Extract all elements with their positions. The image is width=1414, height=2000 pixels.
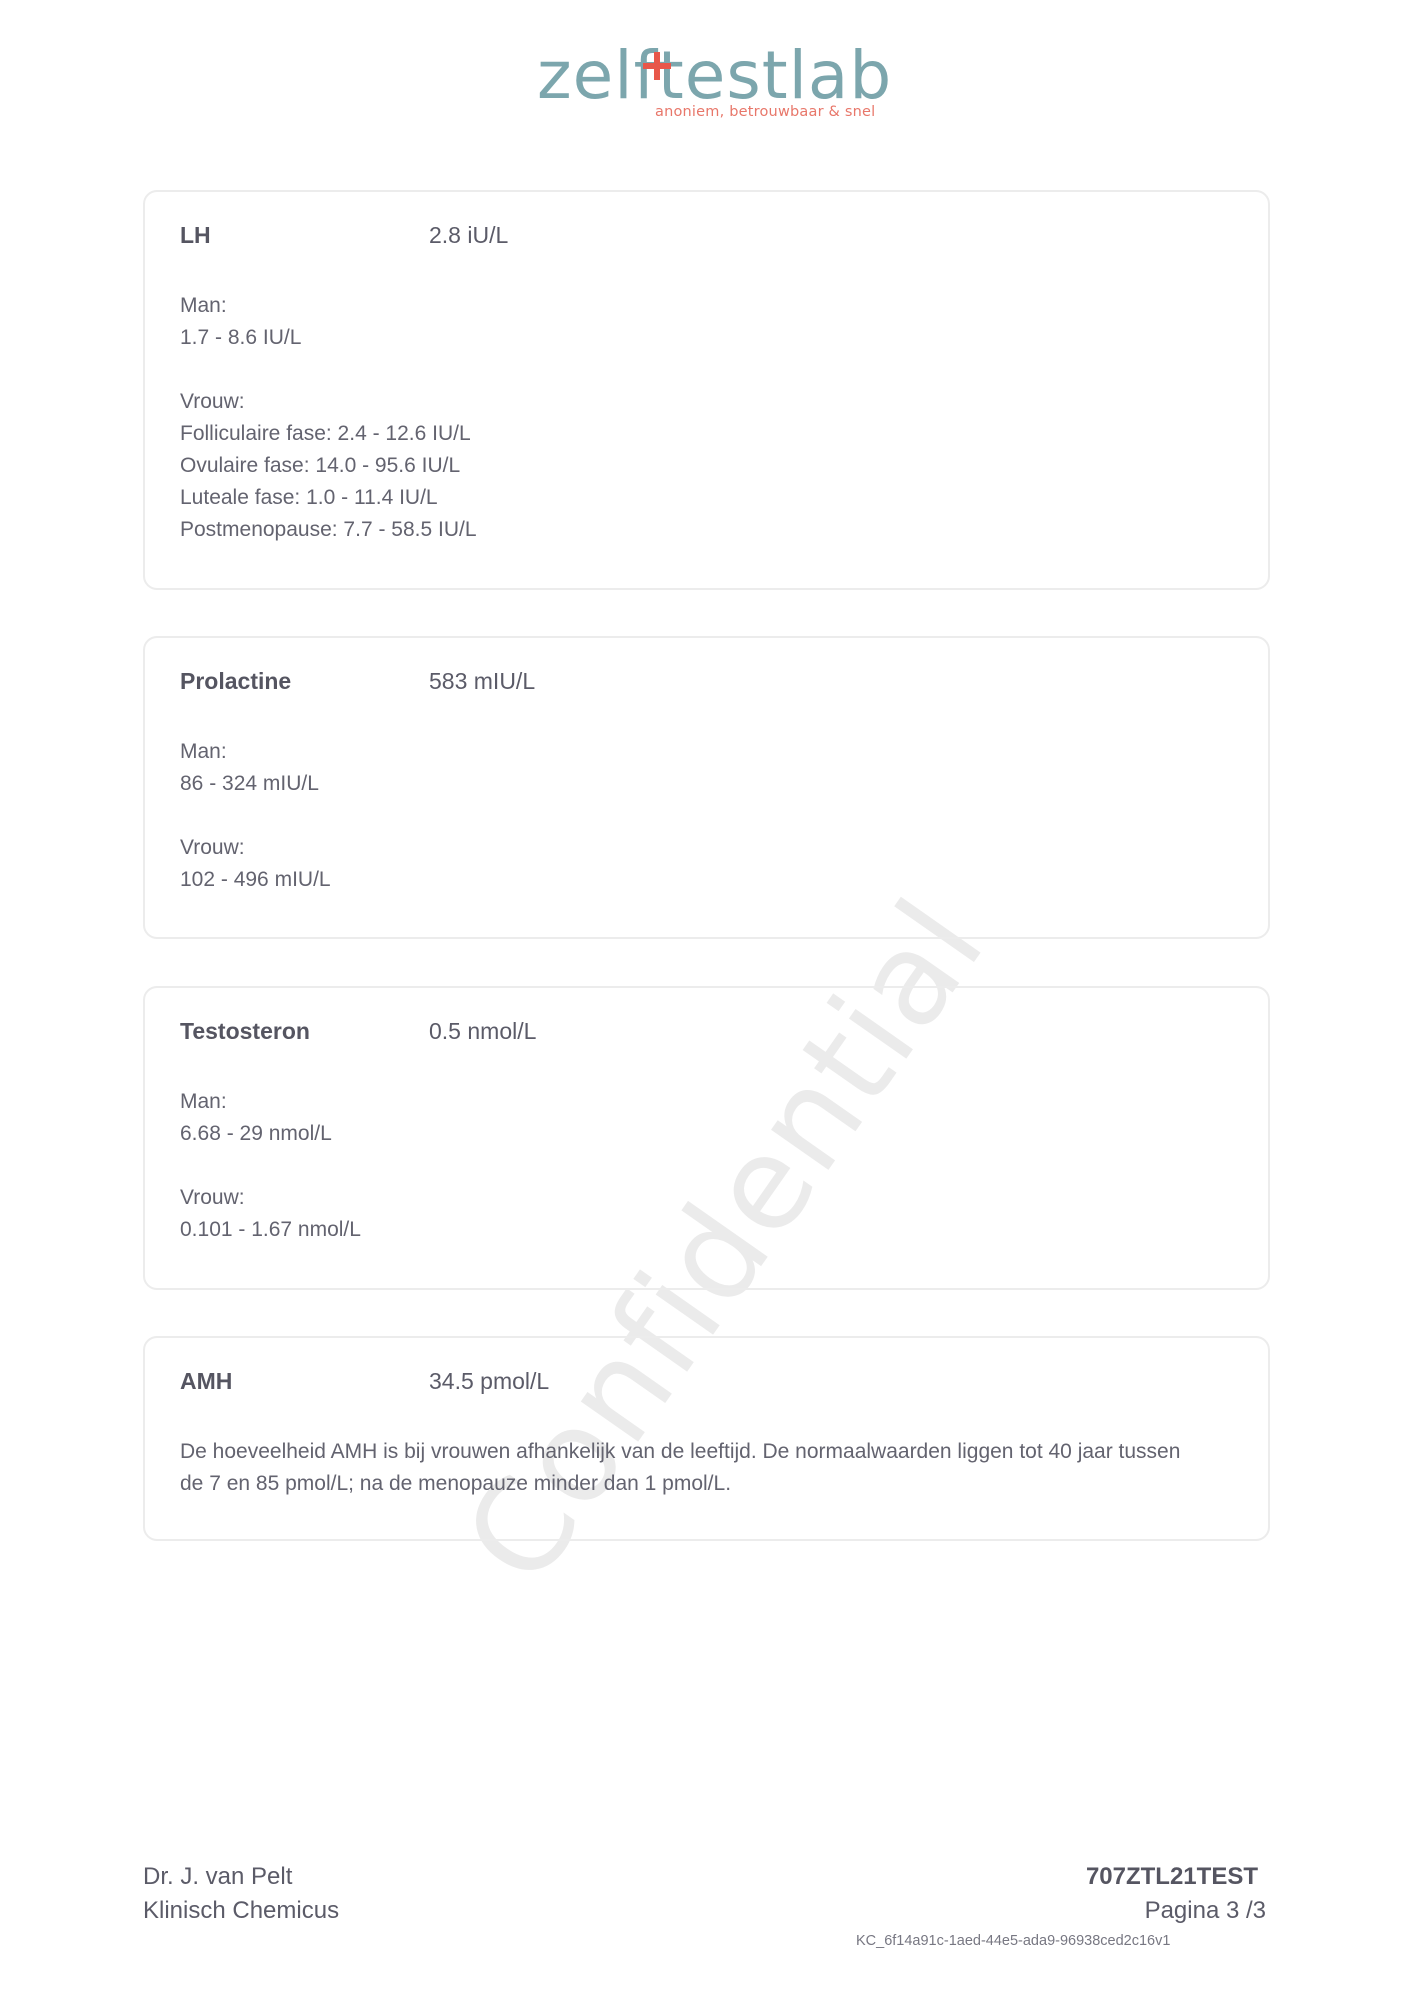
page-number: Pagina 3 /3: [1086, 1894, 1266, 1928]
reference-value: 0.101 - 1.67 nmol/L: [180, 1214, 1233, 1246]
reference-value: Postmenopause: 7.7 - 58.5 IU/L: [180, 514, 1233, 546]
reference-value: 6.68 - 29 nmol/L: [180, 1118, 1233, 1150]
document-id: KC_6f14a91c-1aed-44e5-ada9-96938ced2c16v…: [856, 1933, 1170, 1949]
brand-logo: zelftestlab anoniem, betrouwbaar & snel: [537, 38, 887, 128]
result-card-prolactine: Prolactine 583 mIU/L Man: 86 - 324 mIU/L…: [143, 636, 1270, 939]
reference-label: Vrouw:: [180, 1182, 1233, 1214]
result-card-amh: AMH 34.5 pmol/L De hoeveelheid AMH is bi…: [143, 1336, 1270, 1541]
medical-cross-icon: [643, 52, 671, 80]
report-meta: 707ZTL21TEST Pagina 3 /3: [1086, 1860, 1266, 1928]
reference-value: 102 - 496 mIU/L: [180, 864, 1233, 896]
reference-range-vrouw: Vrouw: Folliculaire fase: 2.4 - 12.6 IU/…: [180, 386, 1233, 546]
test-name: LH: [180, 222, 211, 249]
test-value: 2.8 iU/L: [429, 222, 508, 249]
reference-label: Vrouw:: [180, 386, 1233, 418]
test-value: 0.5 nmol/L: [429, 1018, 536, 1045]
reference-range-man: Man: 1.7 - 8.6 IU/L: [180, 290, 1233, 354]
reference-range-vrouw: Vrouw: 102 - 496 mIU/L: [180, 832, 1233, 896]
amh-note: De hoeveelheid AMH is bij vrouwen afhank…: [180, 1436, 1190, 1500]
reference-label: Man:: [180, 1086, 1233, 1118]
reference-range-man: Man: 6.68 - 29 nmol/L: [180, 1086, 1233, 1150]
report-id: 707ZTL21TEST: [1086, 1860, 1258, 1894]
signatory-title: Klinisch Chemicus: [143, 1894, 339, 1928]
reference-value: 1.7 - 8.6 IU/L: [180, 322, 1233, 354]
reference-label: Man:: [180, 290, 1233, 322]
reference-label: Vrouw:: [180, 832, 1233, 864]
reference-value: 86 - 324 mIU/L: [180, 768, 1233, 800]
test-name: Prolactine: [180, 668, 291, 695]
reference-value: Luteale fase: 1.0 - 11.4 IU/L: [180, 482, 1233, 514]
signatory: Dr. J. van Pelt Klinisch Chemicus: [143, 1860, 339, 1928]
test-value: 583 mIU/L: [429, 668, 535, 695]
test-name: AMH: [180, 1368, 232, 1395]
reference-range-vrouw: Vrouw: 0.101 - 1.67 nmol/L: [180, 1182, 1233, 1246]
test-name: Testosteron: [180, 1018, 310, 1045]
logo-wordmark: zelftestlab: [537, 38, 892, 114]
result-card-lh: LH 2.8 iU/L Man: 1.7 - 8.6 IU/L Vrouw: F…: [143, 190, 1270, 590]
reference-value: Ovulaire fase: 14.0 - 95.6 IU/L: [180, 450, 1233, 482]
reference-value: Folliculaire fase: 2.4 - 12.6 IU/L: [180, 418, 1233, 450]
brand-tagline: anoniem, betrouwbaar & snel: [655, 104, 875, 120]
result-card-testosteron: Testosteron 0.5 nmol/L Man: 6.68 - 29 nm…: [143, 986, 1270, 1290]
signatory-name: Dr. J. van Pelt: [143, 1860, 339, 1894]
test-value: 34.5 pmol/L: [429, 1368, 549, 1395]
reference-label: Man:: [180, 736, 1233, 768]
logo-suffix: estlab: [685, 37, 893, 114]
reference-range-man: Man: 86 - 324 mIU/L: [180, 736, 1233, 800]
logo-prefix: zelf: [537, 37, 658, 114]
